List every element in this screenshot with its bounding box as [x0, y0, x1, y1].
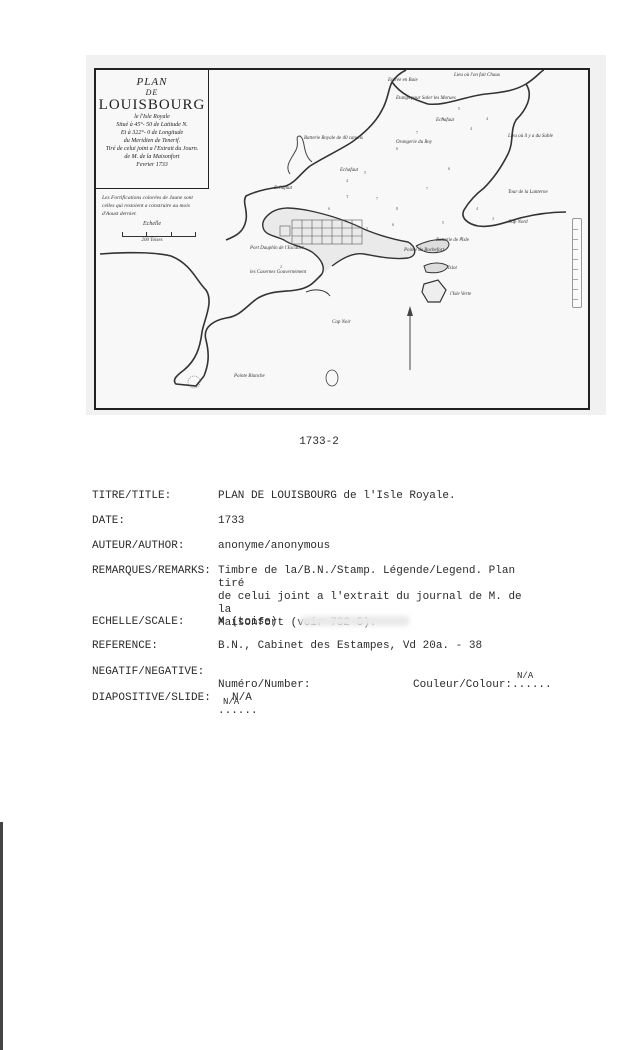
field-value: N/A...... [218, 692, 528, 718]
map-label: Pointe Blanche [234, 374, 265, 380]
cartouche-line-de: DE [96, 88, 208, 97]
field-label: ECHELLE/SCALE: [92, 616, 217, 629]
map-label: l'Isle Verte [450, 292, 471, 298]
field-label: REFERENCE: [92, 640, 217, 653]
cartouche-line: Tiré de celui joint a l'Extrait du Journ… [96, 145, 208, 153]
svg-text:7: 7 [376, 196, 378, 201]
map-label: Cap Noir [332, 320, 351, 326]
svg-text:7: 7 [426, 186, 428, 191]
scale-title: Echelle [102, 220, 202, 228]
map-label: Echafaut [436, 118, 454, 124]
svg-text:6: 6 [328, 206, 330, 211]
svg-text:5: 5 [366, 226, 368, 231]
svg-text:T: T [346, 194, 349, 199]
historical-map: 456 765 467 876 456 T43 542 PLAN DE LOUI… [94, 68, 590, 410]
map-label: Entrée en Baie [388, 78, 418, 84]
number-label: Numéro/Number: [218, 679, 310, 691]
map-label: les Casernes Gouvernement [250, 270, 306, 276]
map-label: Lieu où il y a du Sable [508, 134, 553, 140]
scale-label: 200 Toises [102, 237, 202, 245]
cartouche-line: de M. de la Maisonfort [96, 153, 208, 161]
field-value: X (toise) [218, 616, 528, 629]
field-value: B.N., Cabinet des Estampes, Vd 20a. - 38 [218, 640, 528, 653]
field-label: AUTEUR/AUTHOR: [92, 540, 217, 553]
colour-group: Couleur/Colour:N/A...... [413, 666, 552, 692]
map-legend: Les Fortifications colorées de Jaune son… [96, 190, 208, 250]
svg-text:6: 6 [392, 222, 394, 227]
map-label: Orangerie du Roy [396, 140, 432, 146]
svg-text:6: 6 [396, 146, 398, 151]
page-edge [0, 822, 3, 1050]
scale-bar [122, 230, 196, 237]
map-label: Batterie de l'Isle [436, 238, 469, 244]
svg-text:4: 4 [486, 116, 488, 121]
svg-text:5: 5 [364, 170, 366, 175]
field-value: PLAN DE LOUISBOURG de l'Isle Royale. [218, 490, 528, 503]
cartouche-line: du Meridien de Tenerif. [96, 137, 208, 145]
cartouche-line: Situé à 45°- 50 de Latitude N. [96, 121, 208, 129]
map-label: Batterie Royale de 40 canons [304, 136, 363, 142]
field-label: REMARQUES/REMARKS: [92, 565, 217, 578]
scale-ruler [572, 218, 582, 308]
svg-text:2: 2 [280, 264, 282, 269]
legend-text: Les Fortifications colorées de Jaune son… [102, 194, 202, 218]
record-id: 1733-2 [0, 436, 638, 448]
field-value: 1733 [218, 515, 528, 528]
field-value: anonyme/anonymous [218, 540, 528, 553]
svg-text:5: 5 [442, 220, 444, 225]
cartouche-date: Fevrier 1733 [96, 161, 208, 169]
field-label: TITRE/TITLE: [92, 490, 217, 503]
map-label: Pointe de Rochefort [404, 248, 444, 254]
svg-text:4: 4 [346, 178, 348, 183]
map-label: Islot [448, 266, 457, 272]
field-label: DIAPOSITIVE/SLIDE: [92, 692, 217, 705]
cartouche-line: le l'Isle Royale [96, 113, 208, 121]
colour-label: Couleur/Colour: [413, 679, 512, 691]
svg-text:8: 8 [396, 206, 398, 211]
map-label: Lieu où l'on fait Chaux [454, 73, 500, 79]
slide-value-wrap: N/A...... [218, 705, 258, 718]
colour-value-wrap: N/A...... [512, 679, 552, 692]
svg-text:4: 4 [476, 206, 478, 211]
map-label: Tour de la Lanterne [508, 190, 548, 196]
svg-text:6: 6 [448, 166, 450, 171]
cartouche-title: LOUISBOURG [96, 97, 208, 113]
colour-value: N/A [517, 670, 533, 683]
svg-text:7: 7 [416, 130, 418, 135]
svg-text:4: 4 [470, 126, 472, 131]
field-label: DATE: [92, 515, 217, 528]
map-label: Cap Nord [508, 220, 528, 226]
map-cartouche: PLAN DE LOUISBOURG le l'Isle Royale Situ… [96, 70, 209, 189]
slide-value: N/A [223, 696, 239, 709]
field-label: NEGATIF/NEGATIVE: [92, 666, 217, 679]
svg-text:3: 3 [492, 216, 494, 221]
svg-text:5: 5 [458, 106, 460, 111]
cartouche-line: Et à 322°- 0 de Longitude [96, 129, 208, 137]
map-label: Etangs pour Saler les Morues [396, 96, 456, 102]
map-label: Echafaut [340, 168, 358, 174]
cartouche-line-plan: PLAN [96, 76, 208, 88]
map-label: Echafaut [274, 186, 292, 192]
map-label: Port Dauphin de l'Escalier [250, 246, 304, 252]
